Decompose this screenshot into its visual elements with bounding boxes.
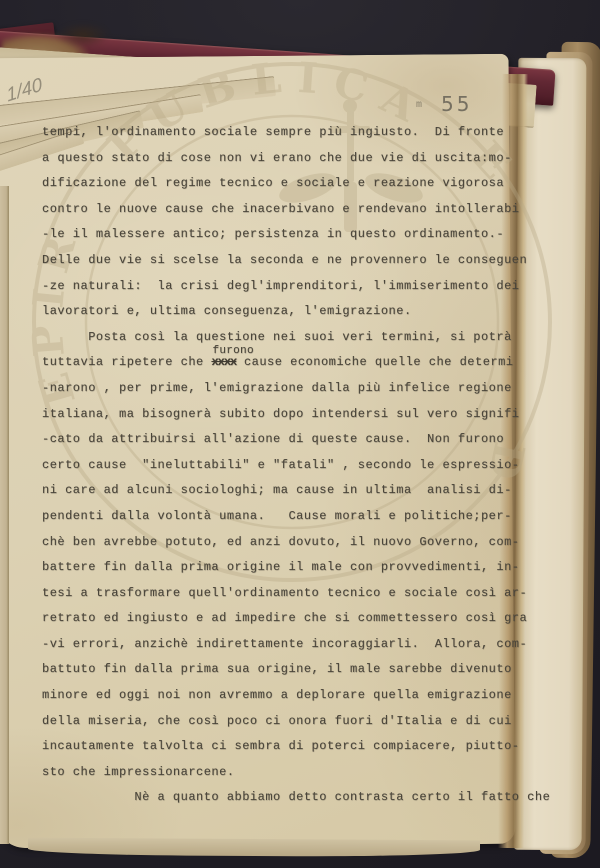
typed-line: ni care ad alcuni sociologhi; ma cause i…: [42, 478, 520, 504]
typed-line: tesi a trasformare quell'ordinamento tec…: [42, 581, 520, 607]
typed-correction: furonoxxxx: [211, 350, 236, 376]
typed-line: battere fin dalla prima origine il male …: [42, 555, 520, 581]
typed-line-text: italiana, ma bisognerà subito dopo inten…: [42, 407, 519, 421]
typed-line-text: -narono , per prime, l'emigrazione dalla…: [42, 381, 512, 395]
typed-insertion-above: furono: [212, 339, 253, 365]
sheet-bottom-edge: [28, 838, 480, 858]
archive-scan: { "page": { "handwritten_folio_mark": "1…: [0, 0, 600, 868]
typed-line: -ze naturali: la crisi degl'imprenditori…: [42, 274, 520, 300]
typed-line: Posta così la questione nei suoi veri te…: [42, 325, 520, 351]
typed-line: pendenti dalla volontà umana. Cause mora…: [42, 504, 520, 530]
typed-text-block: tempi, l'ordinamento sociale sempre più …: [42, 120, 520, 811]
typed-line-text: ni care ad alcuni sociologhi; ma cause i…: [42, 483, 512, 497]
typed-line-text: a questo stato di cose non vi erano che …: [42, 151, 512, 165]
typed-line: battuto fin dalla prima sua origine, il …: [42, 657, 520, 683]
typed-line: -le il malessere antico; persistenza in …: [42, 222, 520, 248]
typed-line-text: battere fin dalla prima origine il male …: [42, 560, 519, 574]
typed-line-text: battuto fin dalla prima sua origine, il …: [42, 662, 512, 676]
typed-line-text: retrato ed ingiusto e ad impedire che si…: [42, 611, 527, 625]
typed-line-text: sto che impressionarcene.: [42, 765, 235, 779]
typed-line: lavoratori e, ultima conseguenza, l'emig…: [42, 299, 520, 325]
cover-wear-patch: [56, 22, 110, 48]
typed-line: italiana, ma bisognerà subito dopo inten…: [42, 402, 520, 428]
typed-line-text: -ze naturali: la crisi degl'imprenditori…: [42, 279, 519, 293]
typed-line-text: chè ben avrebbe potuto, ed anzi dovuto, …: [42, 535, 519, 549]
typed-line: minore ed oggi noi non avremmo a deplora…: [42, 683, 520, 709]
typed-line: sto che impressionarcene.: [42, 760, 520, 786]
typed-line-text: Delle due vie si scelse la seconda e ne …: [42, 253, 527, 267]
typed-line-text: tesi a trasformare quell'ordinamento tec…: [42, 586, 527, 600]
typed-line-text: contro le nuove cause che inacerbivano e…: [42, 202, 519, 216]
typed-line-text: dificazione del regime tecnico e sociale…: [42, 176, 504, 190]
typed-line: retrato ed ingiusto e ad impedire che si…: [42, 606, 520, 632]
typed-line: tempi, l'ordinamento sociale sempre più …: [42, 120, 520, 146]
page-number: 55: [441, 92, 472, 116]
page-left-edge: [0, 186, 9, 844]
typed-line-text: tempi, l'ordinamento sociale sempre più …: [42, 125, 504, 139]
typed-line: -cato da attribuirsi all'azione di quest…: [42, 427, 520, 453]
typed-line-text: della miseria, che così poco ci onora fu…: [42, 714, 512, 728]
typed-line: -narono , per prime, l'emigrazione dalla…: [42, 376, 520, 402]
typed-line: contro le nuove cause che inacerbivano e…: [42, 197, 520, 223]
typed-line: tuttavia ripetere che furonoxxxx cause e…: [42, 350, 520, 376]
typed-line-text: -le il malessere antico; persistenza in …: [42, 227, 504, 241]
typed-line: chè ben avrebbe potuto, ed anzi dovuto, …: [42, 530, 520, 556]
typed-line: incautamente talvolta ci sembra di poter…: [42, 734, 520, 760]
typed-line-text: incautamente talvolta ci sembra di poter…: [42, 739, 519, 753]
typed-line-text: minore ed oggi noi non avremmo a deplora…: [42, 688, 512, 702]
typed-line: Nè a quanto abbiamo detto contrasta cert…: [42, 785, 520, 811]
typed-line-text: -vi errori, anzichè indirettamente incor…: [42, 637, 527, 651]
typed-line-text: certo cause "ineluttabili" e "fatali" , …: [42, 458, 519, 472]
typed-line: -vi errori, anzichè indirettamente incor…: [42, 632, 520, 658]
typed-line: dificazione del regime tecnico e sociale…: [42, 171, 520, 197]
typed-line-text: -cato da attribuirsi all'azione di quest…: [42, 432, 504, 446]
typed-line-text: Posta così la questione nei suoi veri te…: [42, 330, 512, 344]
typed-line-text: lavoratori e, ultima conseguenza, l'emig…: [42, 304, 412, 318]
typed-line: della miseria, che così poco ci onora fu…: [42, 709, 520, 735]
typed-line: certo cause "ineluttabili" e "fatali" , …: [42, 453, 520, 479]
typed-line-text: Nè a quanto abbiamo detto contrasta cert…: [42, 790, 550, 804]
typed-line: a questo stato di cose non vi erano che …: [42, 146, 520, 172]
typed-line: Delle due vie si scelse la seconda e ne …: [42, 248, 520, 274]
page-number-prefix-mark: m: [416, 100, 422, 111]
typed-line-text: tuttavia ripetere che: [42, 355, 211, 369]
typed-line-text: cause economiche quelle che determi: [236, 355, 513, 369]
typed-line-text: pendenti dalla volontà umana. Cause mora…: [42, 509, 512, 523]
